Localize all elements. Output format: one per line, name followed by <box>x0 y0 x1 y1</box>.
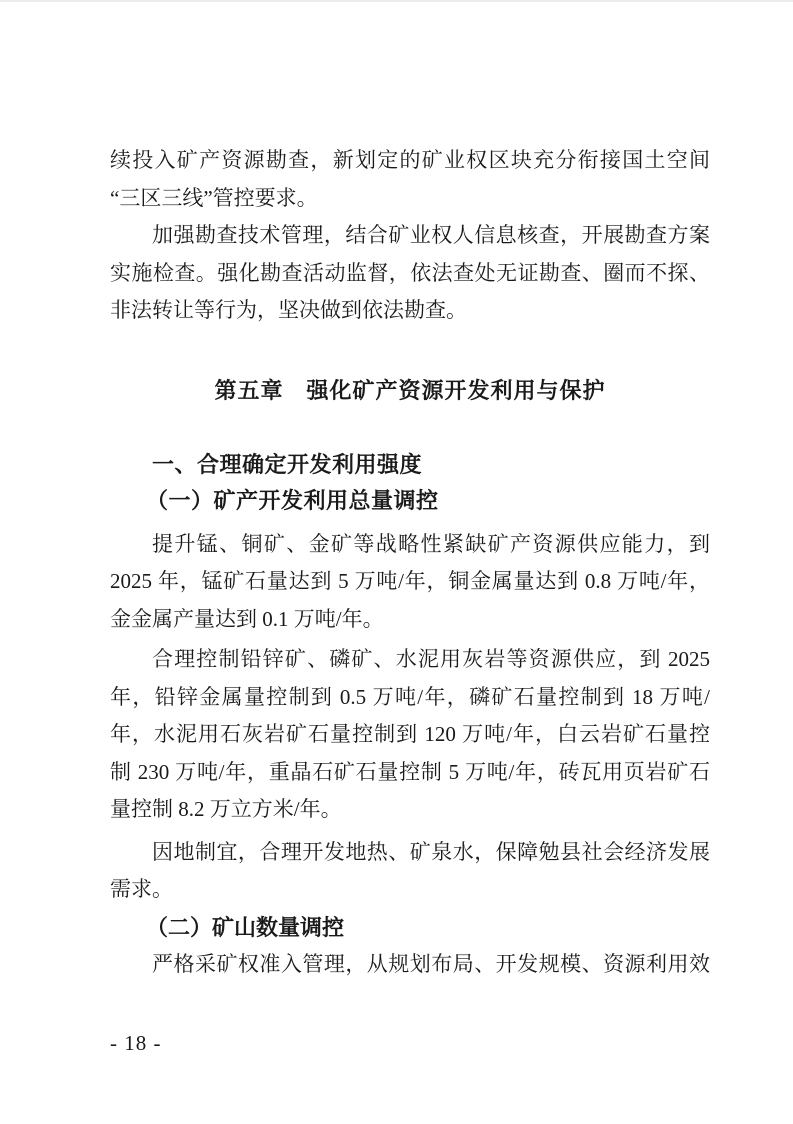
body-line: 提升锰、铜矿、金矿等战略性紧缺矿产资源供应能力，到 <box>110 526 710 564</box>
paragraph-control: 合理控制铅锌矿、磷矿、水泥用灰岩等资源供应，到 2025 年，铅锌金属量控制到 … <box>110 641 710 829</box>
body-line: 加强勘查技术管理，结合矿业权人信息核查，开展勘查方案 <box>110 217 710 255</box>
paragraph-geothermal: 因地制宜，合理开发地热、矿泉水，保障勉县社会经济发展 需求。 <box>110 834 710 909</box>
paragraph-supply: 提升锰、铜矿、金矿等战略性紧缺矿产资源供应能力，到 2025 年，锰矿石量达到 … <box>110 526 710 639</box>
body-line: 非法转让等行为，坚决做到依法勘查。 <box>110 292 710 330</box>
body-line: “三区三线”管控要求。 <box>110 180 710 218</box>
paragraph-mining-rights: 严格采矿权准入管理，从规划布局、开发规模、资源利用效 <box>110 946 710 984</box>
chapter-heading: 第五章 强化矿产资源开发利用与保护 <box>110 372 710 410</box>
page-body: 续投入矿产资源勘查，新划定的矿业权区块充分衔接国土空间 “三区三线”管控要求。 … <box>110 142 710 984</box>
body-line: 制 230 万吨/年，重晶石矿石量控制 5 万吨/年，砖瓦用页岩矿石 <box>110 754 710 792</box>
subsection-1-heading: （一）矿产开发利用总量调控 <box>110 483 710 519</box>
body-line: 因地制宜，合理开发地热、矿泉水，保障勉县社会经济发展 <box>110 834 710 872</box>
body-line: 量控制 8.2 万立方米/年。 <box>110 791 710 829</box>
document-page: 续投入矿产资源勘查，新划定的矿业权区块充分衔接国土空间 “三区三线”管控要求。 … <box>0 0 793 1124</box>
body-line: 年，铅锌金属量控制到 0.5 万吨/年，磷矿石量控制到 18 万吨/ <box>110 679 710 717</box>
body-line: 合理控制铅锌矿、磷矿、水泥用灰岩等资源供应，到 2025 <box>110 641 710 679</box>
body-line: 严格采矿权准入管理，从规划布局、开发规模、资源利用效 <box>110 946 710 984</box>
body-line: 金金属产量达到 0.1 万吨/年。 <box>110 601 710 639</box>
body-line: 2025 年，锰矿石量达到 5 万吨/年，铜金属量达到 0.8 万吨/年， <box>110 563 710 601</box>
body-line: 实施检查。强化勘查活动监督，依法查处无证勘查、圈而不探、 <box>110 255 710 293</box>
body-line: 需求。 <box>110 871 710 909</box>
paragraph-continued: 续投入矿产资源勘查，新划定的矿业权区块充分衔接国土空间 “三区三线”管控要求。 <box>110 142 710 217</box>
body-line: 年，水泥用石灰岩矿石量控制到 120 万吨/年，白云岩矿石量控 <box>110 716 710 754</box>
paragraph-inspection: 加强勘查技术管理，结合矿业权人信息核查，开展勘查方案 实施检查。强化勘查活动监督… <box>110 217 710 330</box>
body-line: 续投入矿产资源勘查，新划定的矿业权区块充分衔接国土空间 <box>110 142 710 180</box>
page-number: - 18 - <box>110 1030 162 1056</box>
subsection-2-heading: （二）矿山数量调控 <box>110 909 710 947</box>
section-heading: 一、合理确定开发利用强度 <box>110 447 710 483</box>
